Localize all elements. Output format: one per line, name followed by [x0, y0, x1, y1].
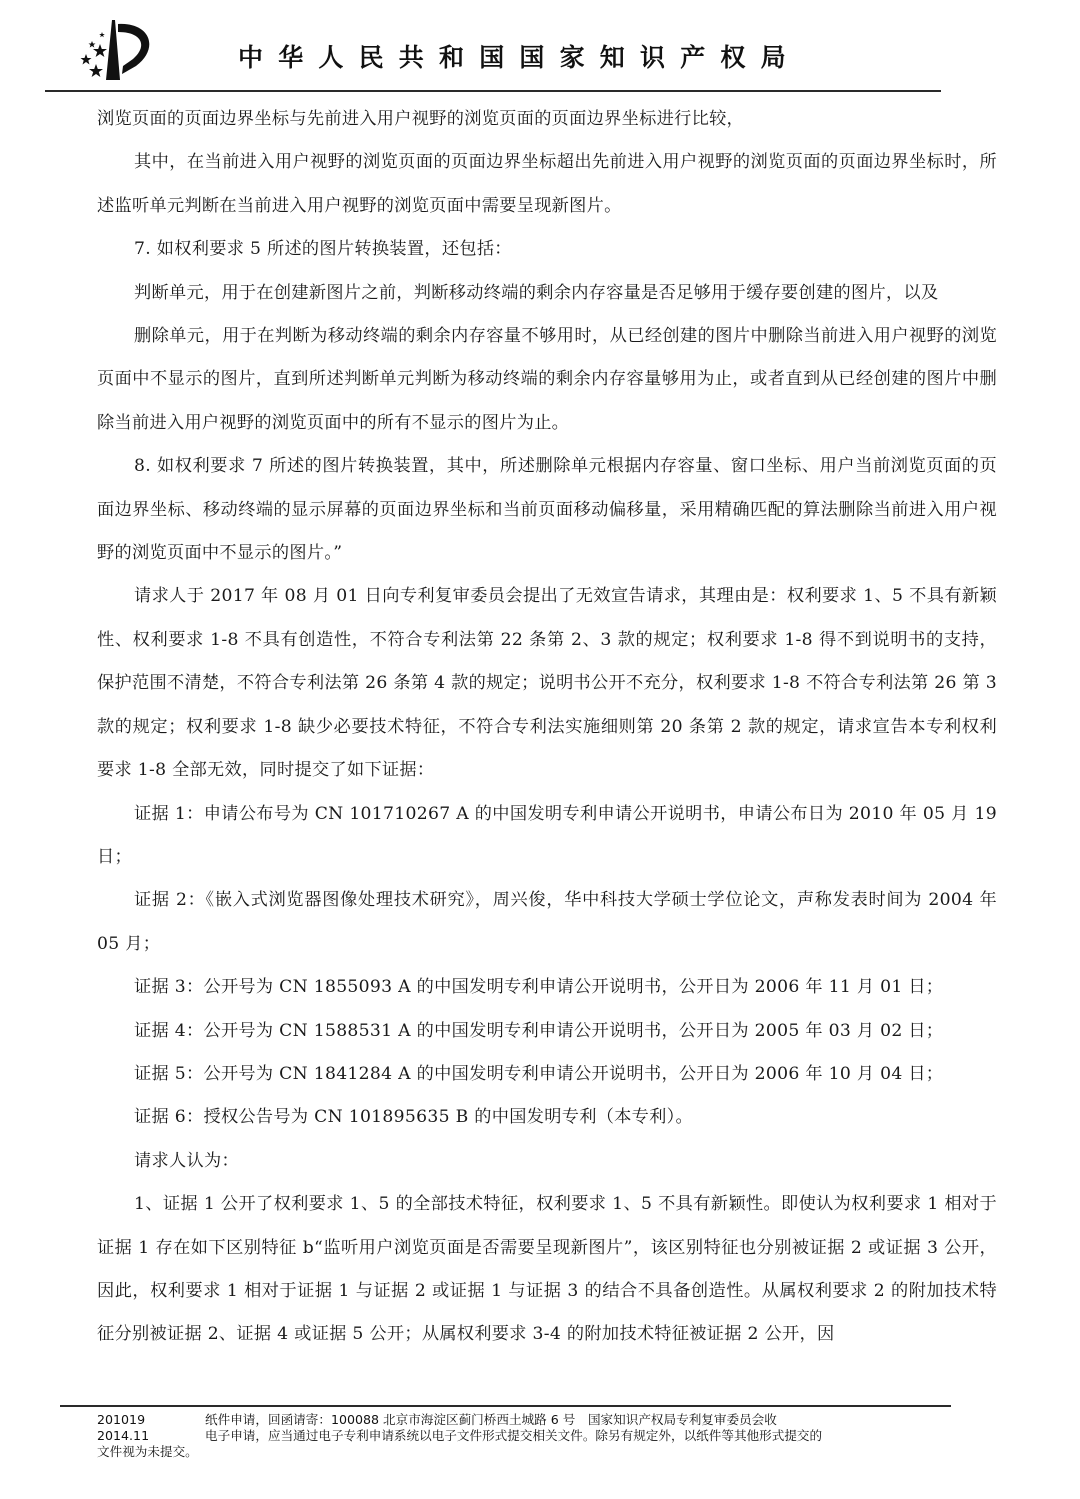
- footer-paper-notice: 纸件申请，回函请寄：100088 北京市海淀区蓟门桥西土城路 6 号 国家知识产…: [205, 1412, 777, 1428]
- paragraph: 证据 2：《嵌入式浏览器图像处理技术研究》，周兴俊，华中科技大学硕士学位论文，声…: [97, 879, 997, 966]
- header-divider: [45, 90, 941, 92]
- paragraph: 1、证据 1 公开了权利要求 1、5 的全部技术特征，权利要求 1、5 不具有新…: [97, 1183, 997, 1357]
- paragraph: 请求人认为：: [97, 1140, 997, 1183]
- form-version: 2014.11: [97, 1428, 205, 1444]
- paragraph: 证据 6：授权公告号为 CN 101895635 B 的中国发明专利（本专利）。: [97, 1096, 997, 1139]
- cnipa-logo-icon: [78, 14, 168, 86]
- form-code: 201019: [97, 1412, 205, 1428]
- organization-title: 中华人民共和国国家知识产权局: [238, 38, 801, 74]
- footer-continuation: 文件视为未提交。: [97, 1444, 1027, 1460]
- paragraph: 判断单元，用于在创建新图片之前，判断移动终端的剩余内存容量是否足够用于缓存要创建…: [97, 272, 997, 315]
- paragraph: 删除单元，用于在判断为移动终端的剩余内存容量不够用时，从已经创建的图片中删除当前…: [97, 315, 997, 445]
- paragraph: 证据 5：公开号为 CN 1841284 A 的中国发明专利申请公开说明书，公开…: [97, 1053, 997, 1096]
- document-body: 浏览页面的页面边界坐标与先前进入用户视野的浏览页面的页面边界坐标进行比较，其中，…: [97, 98, 997, 1357]
- paragraph: 其中，在当前进入用户视野的浏览页面的页面边界坐标超出先前进入用户视野的浏览页面的…: [97, 141, 997, 228]
- footer-divider: [60, 1405, 951, 1407]
- form-footer: 201019 纸件申请，回函请寄：100088 北京市海淀区蓟门桥西土城路 6 …: [97, 1412, 1027, 1460]
- paragraph: 7. 如权利要求 5 所述的图片转换装置，还包括：: [97, 228, 997, 271]
- footer-row-paper: 201019 纸件申请，回函请寄：100088 北京市海淀区蓟门桥西土城路 6 …: [97, 1412, 1027, 1428]
- paragraph: 8. 如权利要求 7 所述的图片转换装置，其中，所述删除单元根据内存容量、窗口坐…: [97, 445, 997, 575]
- paragraph: 证据 4：公开号为 CN 1588531 A 的中国发明专利申请公开说明书，公开…: [97, 1010, 997, 1053]
- paragraph: 请求人于 2017 年 08 月 01 日向专利复审委员会提出了无效宣告请求，其…: [97, 575, 997, 792]
- paragraph: 证据 3：公开号为 CN 1855093 A 的中国发明专利申请公开说明书，公开…: [97, 966, 997, 1009]
- letterhead: 中华人民共和国国家知识产权局: [0, 0, 1080, 92]
- footer-electronic-notice: 电子申请，应当通过电子专利申请系统以电子文件形式提交相关文件。除另有规定外，以纸…: [205, 1428, 822, 1444]
- footer-row-electronic: 2014.11 电子申请，应当通过电子专利申请系统以电子文件形式提交相关文件。除…: [97, 1428, 1027, 1444]
- paragraph: 证据 1：申请公布号为 CN 101710267 A 的中国发明专利申请公开说明…: [97, 793, 997, 880]
- paragraph: 浏览页面的页面边界坐标与先前进入用户视野的浏览页面的页面边界坐标进行比较，: [97, 98, 997, 141]
